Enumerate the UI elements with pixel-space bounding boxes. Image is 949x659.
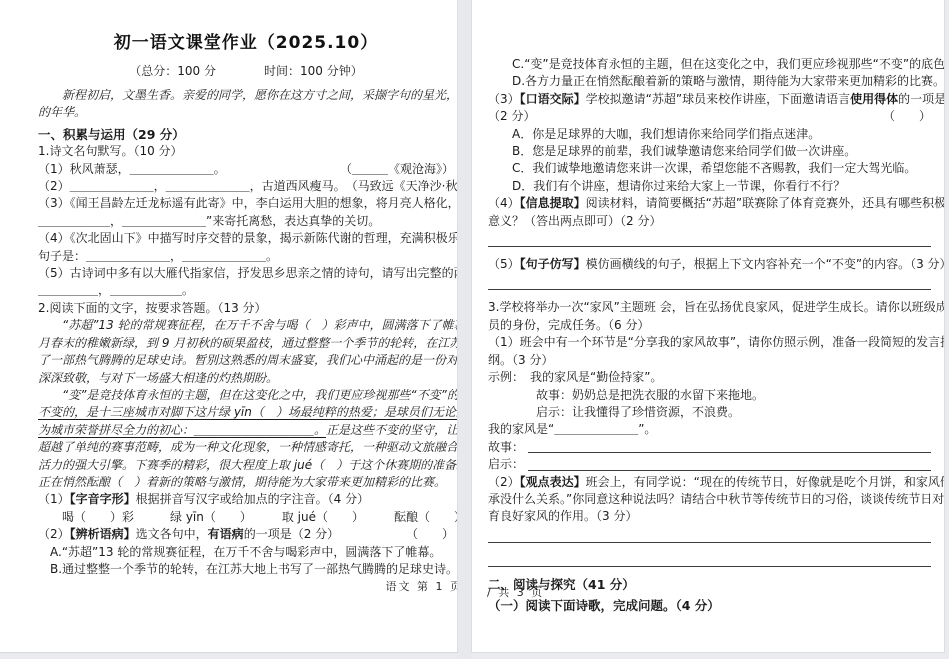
- text-line: D．我们有个讲座，想请你过来给大家上一节课，你看行不行？: [488, 178, 931, 195]
- page-2-body: C.“变”是竞技体育永恒的主题，但在这变化之中，我们更应珍视那些“不变”的底色。…: [488, 56, 931, 615]
- text-line: （1）秋风萧瑟，＿＿＿＿＿＿＿。（＿＿＿《观沧海》）: [38, 161, 454, 178]
- text-line: B.通过整整一个季节的轮转，在江苏大地上书写了一部热气腾腾的足球史诗。: [38, 561, 454, 578]
- text-line: 启示：让我懂得了珍惜资源，不浪费。: [488, 404, 931, 421]
- text-line: 承没什么关系。”你同意这种说法吗？请结合中秋节等传统节日的习俗，谈谈传统节日对培: [488, 491, 931, 508]
- labeled-answer-line: 故事：: [488, 439, 931, 456]
- text-line: （4）《次北固山下》中描写时序交替的景象，揭示新陈代谢的哲理，充满积极乐观情感的: [38, 230, 454, 247]
- answer-line: [488, 232, 931, 247]
- answer-line: [488, 552, 931, 567]
- text-line: A.“苏超”13 轮的常规赛征程，在万千不舍与喝彩声中，圆满落下了帷幕。: [38, 544, 454, 561]
- text-line: 3.学校将举办一次“家风”主题班 会，旨在弘扬优良家风，促进学生成长。请你以班级…: [488, 299, 931, 316]
- text-line: 深深致敬，与对下一场盛大相逢的灼热期盼。: [38, 370, 454, 387]
- text-line: D.各方力量正在悄然酝酿着新的策略与激情，期待能为大家带来更加精彩的比赛。: [488, 73, 931, 90]
- text-line: （4）【信息提取】阅读材料，请简要概括“苏超”联赛除了体育竞赛外，还具有哪些积极: [488, 195, 931, 212]
- text-line: （2）【辨析语病】选文各句中，有语病的一项是（2 分）（ ）: [38, 526, 454, 543]
- text-line: （3）【口语交际】学校拟邀请“苏超”球员来校作讲座，下面邀请语言使用得体的一项是: [488, 91, 931, 108]
- text-line: 员的身份，完成任务。（6 分）: [488, 317, 931, 334]
- text-line: 1.诗文名句默写。（10 分）: [38, 143, 454, 160]
- text-line: （1）【字音字形】根据拼音写汉字或给加点的字注音。（4 分）: [38, 491, 454, 508]
- text-line: 育良好家风的作用。（3 分）: [488, 508, 931, 525]
- answer-line: [528, 439, 931, 453]
- page-gap: [458, 0, 471, 659]
- text-line: 2.阅读下面的文字，按要求答题。（13 分）: [38, 300, 454, 317]
- text-line: 喝（ ）彩 绿 yīn（ ） 取 jué（ ） 酝酿（ ）: [38, 509, 454, 526]
- text-line: （1）班会中有一个环节是“分享我的家风故事”，请你仿照示例，准备一段简短的发言提: [488, 334, 931, 351]
- answer-line: [488, 528, 931, 543]
- text-line: 新程初启，文墨生香。亲爱的同学，愿你在这方寸之间，采撷字句的星光，照亮你崭新: [38, 87, 454, 104]
- text-line: 的年华。: [38, 104, 454, 121]
- text-line: 二、阅读与探究（41 分）: [488, 576, 931, 593]
- exam-title: 初一语文课堂作业（2025.10）: [38, 30, 454, 56]
- text-line: ＿＿＿＿＿，＿＿＿＿＿＿。: [38, 282, 454, 299]
- page-1: 初一语文课堂作业（2025.10） （总分：100 分 时间：100 分钟） 新…: [0, 0, 458, 653]
- text-line: （5）【句子仿写】模仿画横线的句子，根据上下文内容补充一个“不变”的内容。（3 …: [488, 256, 931, 273]
- text-line: C.“变”是竞技体育永恒的主题，但在这变化之中，我们更应珍视那些“不变”的底色。: [488, 56, 931, 73]
- text-line: （2）＿＿＿＿＿＿＿，＿＿＿＿＿＿＿，古道西风瘦马。（马致远《天净沙·秋思》）: [38, 178, 454, 195]
- text-line: 为城市荣誉拼尽全力的初心：＿＿＿＿＿＿＿＿＿＿。正是这些不变的坚守，让“苏超”: [38, 422, 454, 439]
- text-line: （3）《闻王昌龄左迁龙标遥有此寄》中，李白运用大胆的想象，将月亮人格化，借“＿＿: [38, 195, 454, 212]
- text-line: 句子是：＿＿＿＿＿＿＿，＿＿＿＿＿＿＿。: [38, 248, 454, 265]
- text-line: 不变的，是十三座城市对脚下这片绿 yīn（ ）场最纯粹的热爱；是球员们无论顺境逆…: [38, 404, 454, 421]
- text-line: （5）古诗词中多有以大雁代指家信，抒发思乡思亲之情的诗句，请写出完整的两句：＿＿: [38, 265, 454, 282]
- document-viewer: { "viewer": { "background_color": "#e9eb…: [0, 0, 949, 659]
- page-1-footer: 语文 第 1 页: [386, 578, 459, 594]
- text-line: （一）阅读下面诗歌，完成问题。（4 分）: [488, 597, 931, 614]
- text-line: B．您是足球界的前辈，我们诚挚邀请您来给同学们做一次讲座。: [488, 143, 931, 160]
- text-line: 纲。（3 分）: [488, 352, 931, 369]
- text-line: 示例： 我的家风是“勤俭持家”。: [488, 369, 931, 386]
- text-line: 活力的强大引擎。下赛季的精彩，很大程度上取 jué（ ）于这个休赛期的准备。各方…: [38, 457, 454, 474]
- text-line: 了一部热气腾腾的足球史诗。暂别这熟悉的周末盛宴，我们心中涌起的是一份对过往辉煌的: [38, 352, 454, 369]
- text-line: C．我们诚挚地邀请您来讲一次课，希望您能不吝赐教，我们一定大驾光临。: [488, 160, 931, 177]
- text-line: 故事：奶奶总是把洗衣服的水留下来拖地。: [488, 387, 931, 404]
- text-line: （2 分）（ ）: [488, 108, 931, 125]
- answer-line: [488, 275, 931, 290]
- text-line: 一、积累与运用（29 分）: [38, 126, 454, 143]
- text-line: （2）【观点表达】班会上，有同学说：“现在的传统节日，好像就是吃个月饼，和家风传: [488, 474, 931, 491]
- text-line: 正在悄然酝酿（ ）着新的策略与激情，期待能为大家带来更加精彩的比赛。: [38, 474, 454, 491]
- text-line: A．你是足球界的大咖，我们想请你来给同学们指点迷津。: [488, 126, 931, 143]
- text-line: 超越了单纯的赛事范畴，成为一种文化现象，一种情感寄托，一种驱动文旅融合、展现地方: [38, 439, 454, 456]
- page-2-footer: / 共 3 页: [487, 584, 544, 600]
- text-line: 意义？（答出两点即可）（2 分）: [488, 213, 931, 230]
- labeled-answer-line: 启示：: [488, 456, 931, 473]
- answer-line: [528, 456, 931, 470]
- exam-score-time: （总分：100 分 时间：100 分钟）: [38, 61, 454, 81]
- page-2: C.“变”是竞技体育永恒的主题，但在这变化之中，我们更应珍视那些“不变”的底色。…: [471, 0, 945, 653]
- text-line: 月春末的稚嫩新绿，到 9 月初秋的硕果盈枝，通过整整一个季节的轮转，在江苏大地上…: [38, 335, 454, 352]
- text-line: 我的家风是“＿＿＿＿＿＿＿”。: [488, 421, 931, 438]
- page-1-body: 新程初启，文墨生香。亲爱的同学，愿你在这方寸之间，采撷字句的星光，照亮你崭新的年…: [38, 87, 454, 578]
- text-line: “苏超”13 轮的常规赛征程，在万千不舍与喝（ ）彩声中，圆满落下了帷幕。从 5: [38, 317, 454, 334]
- text-line: “变”是竞技体育永恒的主题，但在这变化之中，我们更应珍视那些“不变”的底色。: [38, 387, 454, 404]
- text-line: ＿＿＿＿＿＿，＿＿＿＿＿＿＿”来寄托离愁，表达真挚的关切。: [38, 213, 454, 230]
